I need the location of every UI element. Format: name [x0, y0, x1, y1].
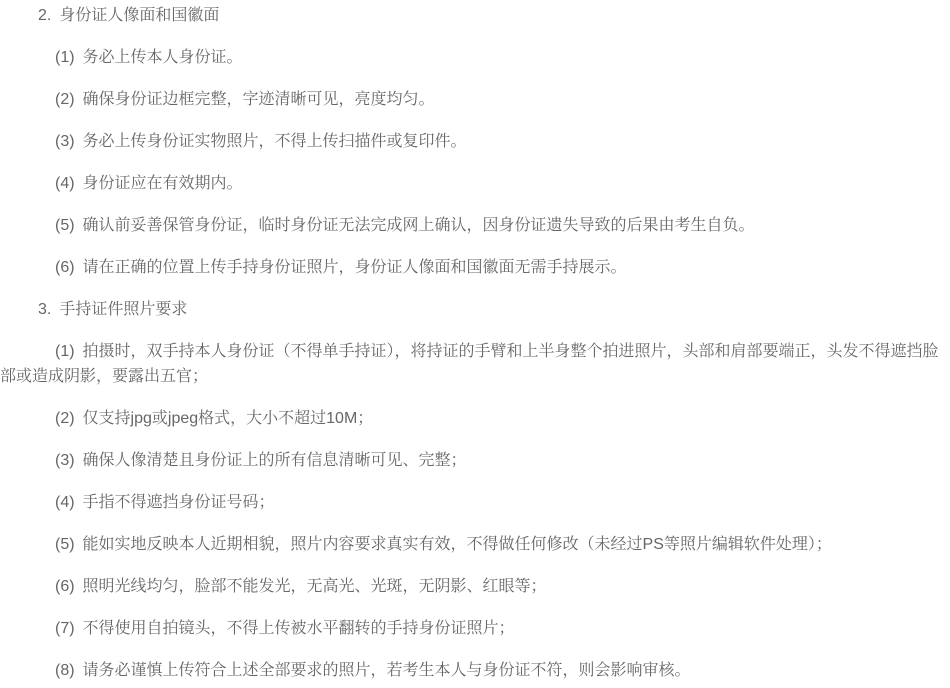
section-2-heading: 2. 身份证人像面和国徽面 — [0, 3, 950, 28]
section-3-item-1: (1) 拍摄时，双手持本人身份证（不得单手持证），将持证的手臂和上半身整个拍进照… — [0, 339, 950, 389]
section-3-heading: 3. 手持证件照片要求 — [0, 297, 950, 322]
section-3-item-7: (7) 不得使用自拍镜头，不得上传被水平翻转的手持身份证照片； — [0, 616, 950, 641]
section-3-item-6: (6) 照明光线均匀，脸部不能发光，无高光、光斑，无阴影、红眼等； — [0, 574, 950, 599]
section-3-item-2: (2) 仅支持jpg或jpeg格式，大小不超过10M； — [0, 406, 950, 431]
section-2-item-5: (5) 确认前妥善保管身份证，临时身份证无法完成网上确认，因身份证遗失导致的后果… — [0, 213, 950, 238]
section-2-item-3: (3) 务必上传身份证实物照片，不得上传扫描件或复印件。 — [0, 129, 950, 154]
section-3-item-3: (3) 确保人像清楚且身份证上的所有信息清晰可见、完整； — [0, 448, 950, 473]
id-photo-upload-instructions: 2. 身份证人像面和国徽面 (1) 务必上传本人身份证。 (2) 确保身份证边框… — [0, 0, 950, 688]
section-3-item-4: (4) 手指不得遮挡身份证号码； — [0, 490, 950, 515]
section-2-item-6: (6) 请在正确的位置上传手持身份证照片，身份证人像面和国徽面无需手持展示。 — [0, 255, 950, 280]
section-2-item-2: (2) 确保身份证边框完整，字迹清晰可见，亮度均匀。 — [0, 87, 950, 112]
section-3-item-8: (8) 请务必谨慎上传符合上述全部要求的照片，若考生本人与身份证不符，则会影响审… — [0, 658, 950, 683]
section-2-item-4: (4) 身份证应在有效期内。 — [0, 171, 950, 196]
section-2-item-1: (1) 务必上传本人身份证。 — [0, 45, 950, 70]
section-3-item-5: (5) 能如实地反映本人近期相貌，照片内容要求真实有效，不得做任何修改（未经过P… — [0, 532, 950, 557]
